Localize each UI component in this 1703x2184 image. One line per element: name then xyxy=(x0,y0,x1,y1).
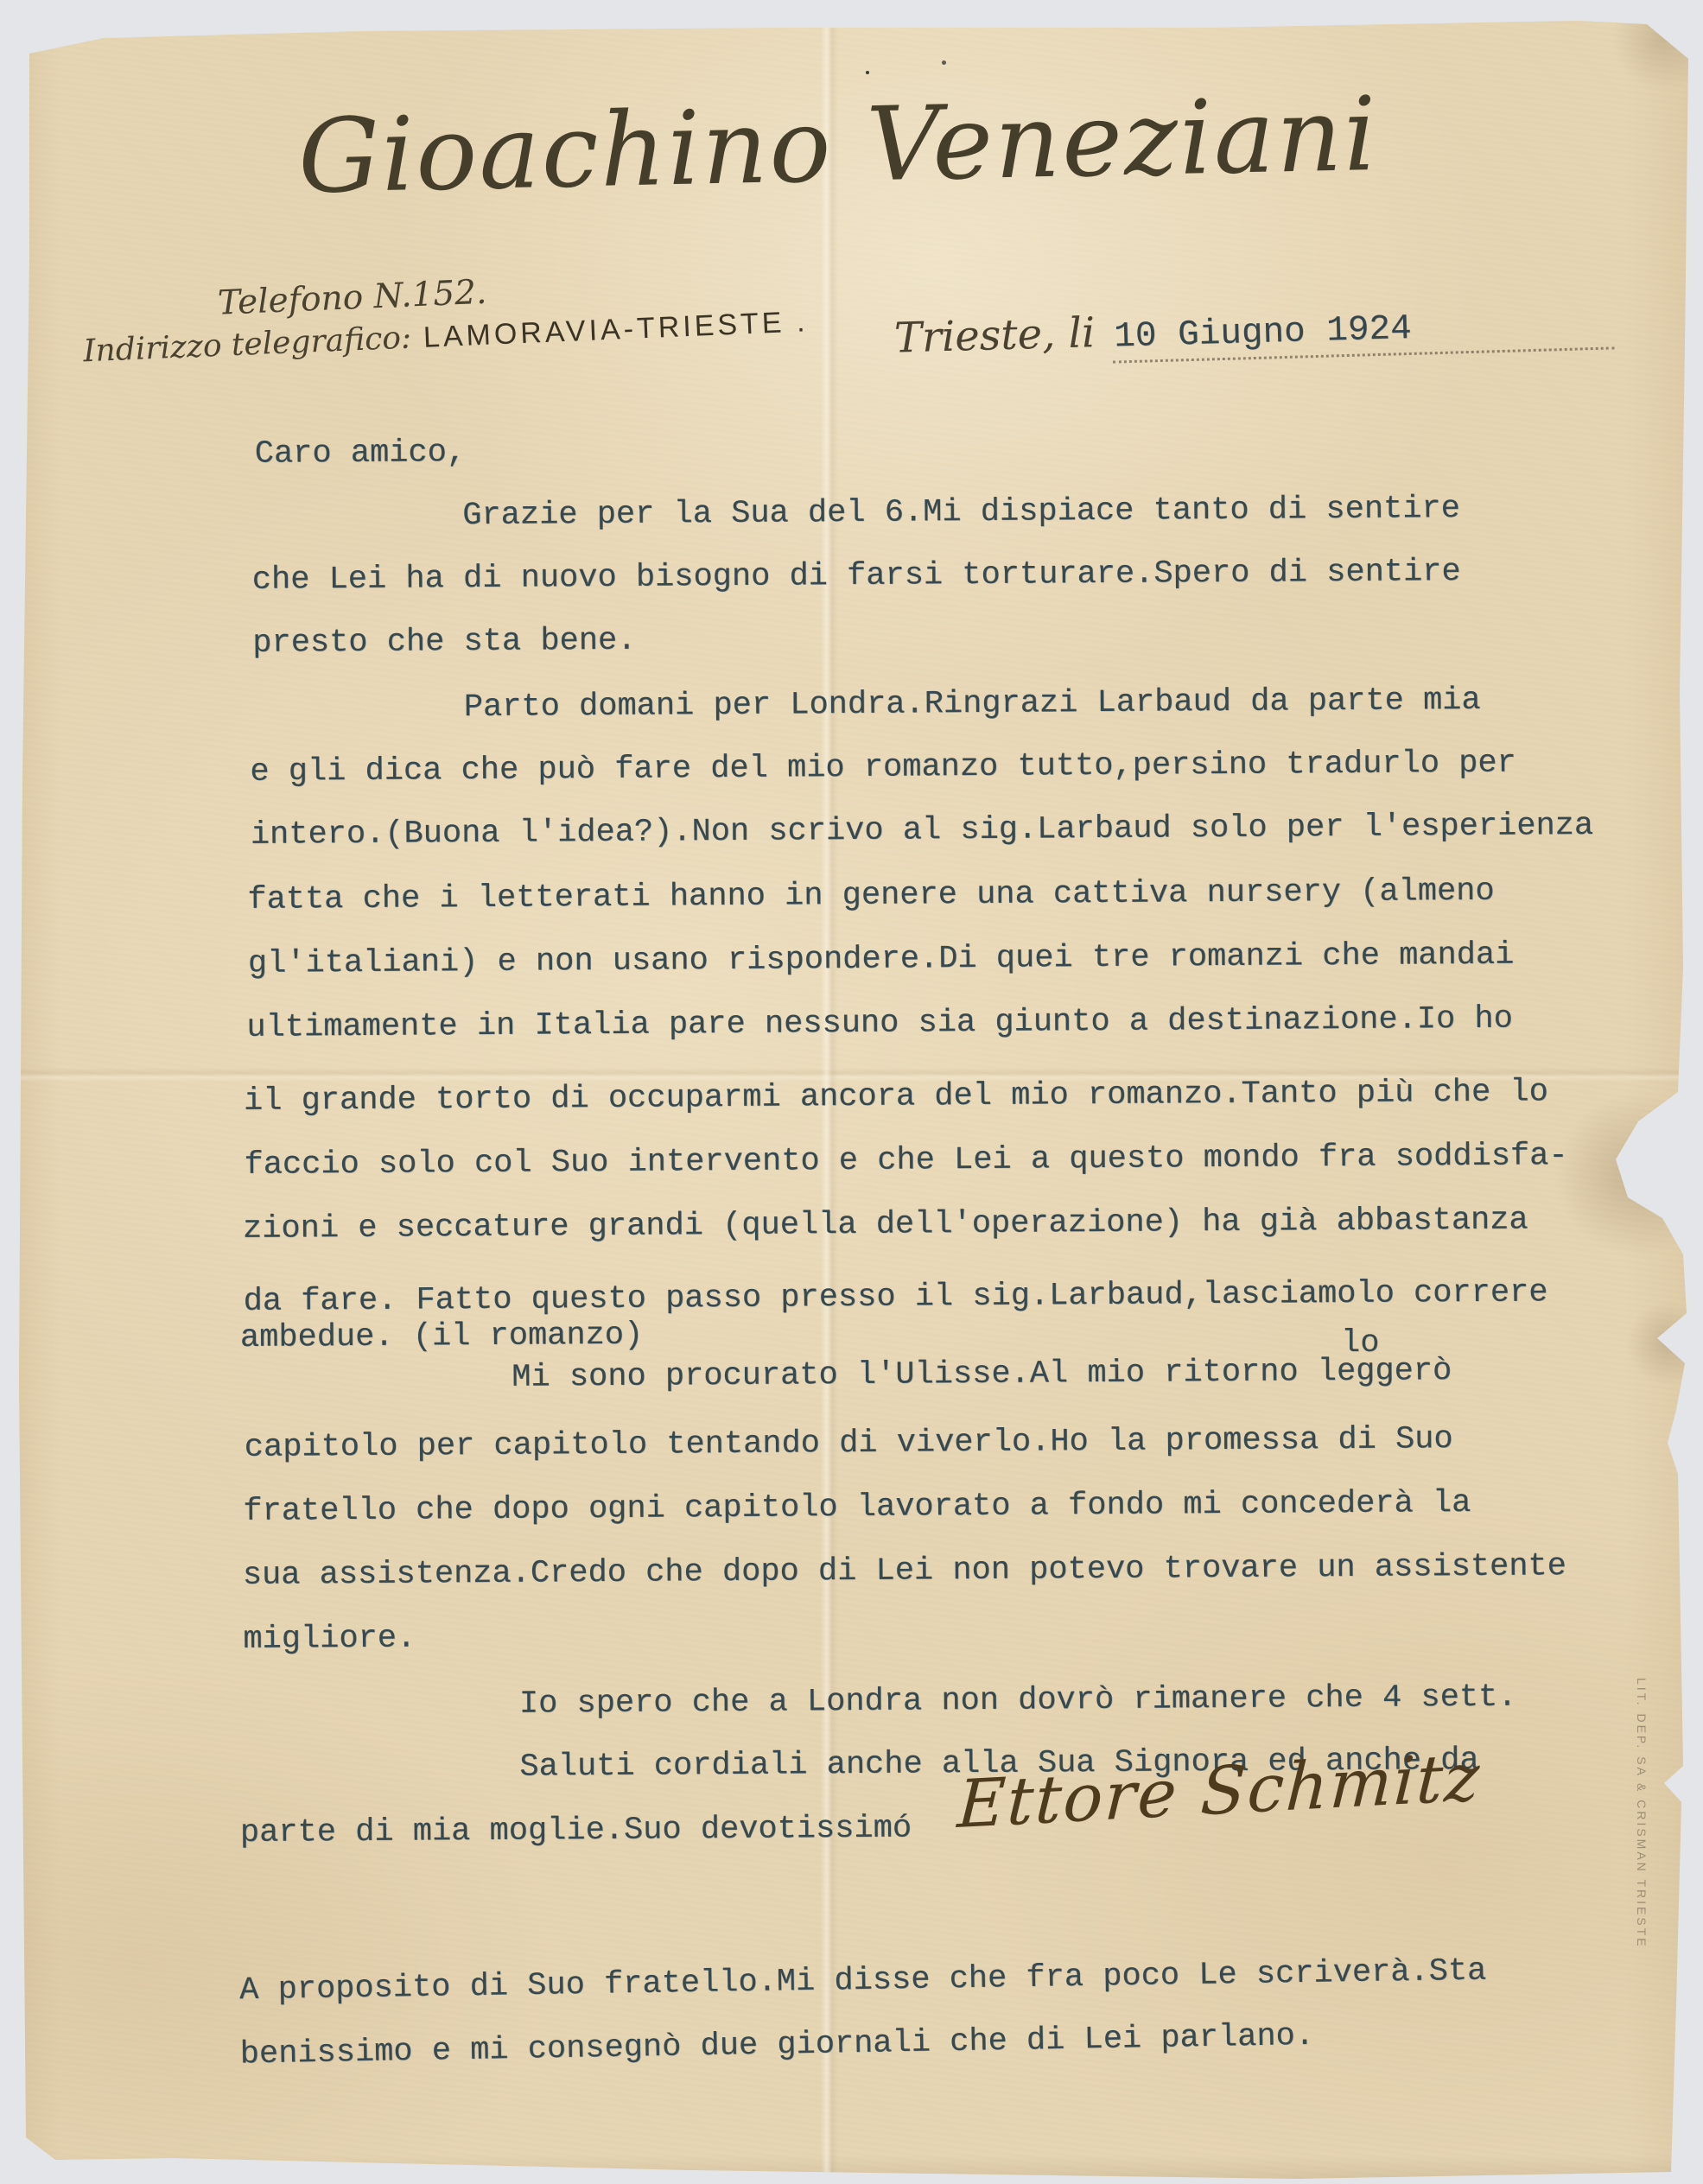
typed-lines: Caro amico,Grazie per la Sua del 6.Mi di… xyxy=(0,0,1703,2184)
scan-backdrop: Gioachino Veneziani Telefono N.152. Indi… xyxy=(0,0,1703,2184)
typed-line: parte di mia moglie.Suo devotissimó xyxy=(240,1811,912,1851)
typed-line: e gli dica che può fare del mio romanzo … xyxy=(250,746,1516,790)
typed-line: Mi sono procurato l'Ulisse.Al mio ritorn… xyxy=(512,1353,1452,1396)
typed-line: ultimamente in Italia pare nessuno sia g… xyxy=(246,1001,1513,1046)
typed-line: che Lei ha di nuovo bisogno di farsi tor… xyxy=(252,554,1461,599)
typed-line: benissimo e mi consegnò due giornali che… xyxy=(239,2018,1314,2073)
typed-line: da fare. Fatto questo passo presso il si… xyxy=(244,1274,1548,1320)
typed-line: Parto domani per Londra.Ringrazi Larbaud… xyxy=(464,682,1481,726)
typed-line: fratello che dopo ogni capitolo lavorato… xyxy=(243,1485,1471,1530)
typed-line: zioni e seccature grandi (quella dell'op… xyxy=(243,1203,1528,1248)
typed-line: capitolo per capitolo tentando di viverl… xyxy=(245,1421,1453,1466)
typed-line: Grazie per la Sua del 6.Mi dispiace tant… xyxy=(462,491,1460,534)
typed-line: gl'italiani) e non usano rispondere.Di q… xyxy=(248,937,1515,982)
typed-line: Caro amico, xyxy=(255,435,467,473)
interline-insertion: lo xyxy=(1341,1325,1379,1362)
typed-line: presto che sta bene. xyxy=(252,623,636,662)
typed-line: A proposito di Suo fratello.Mi disse che… xyxy=(239,1953,1487,2009)
typed-line: faccio solo col Suo intervento e che Lei… xyxy=(244,1138,1567,1184)
printer-imprint: LIT. DEP. SA & CRISMAN TRIESTE xyxy=(1635,1678,1649,1963)
typed-line: intero.(Buona l'idea?).Non scrivo al sig… xyxy=(251,808,1594,854)
typed-line: il grande torto di occuparmi ancora del … xyxy=(244,1074,1548,1120)
typed-line: Io spero che a Londra non dovrò rimanere… xyxy=(519,1679,1517,1723)
letter-paper: Gioachino Veneziani Telefono N.152. Indi… xyxy=(0,0,1703,2184)
typed-line: sua assistenza.Credo che dopo di Lei non… xyxy=(243,1548,1566,1594)
typed-line: fatta che i letterati hanno in genere un… xyxy=(247,873,1495,918)
typed-line: migliore. xyxy=(243,1621,416,1658)
typed-line: ambedue. (il romanzo) xyxy=(240,1317,644,1356)
